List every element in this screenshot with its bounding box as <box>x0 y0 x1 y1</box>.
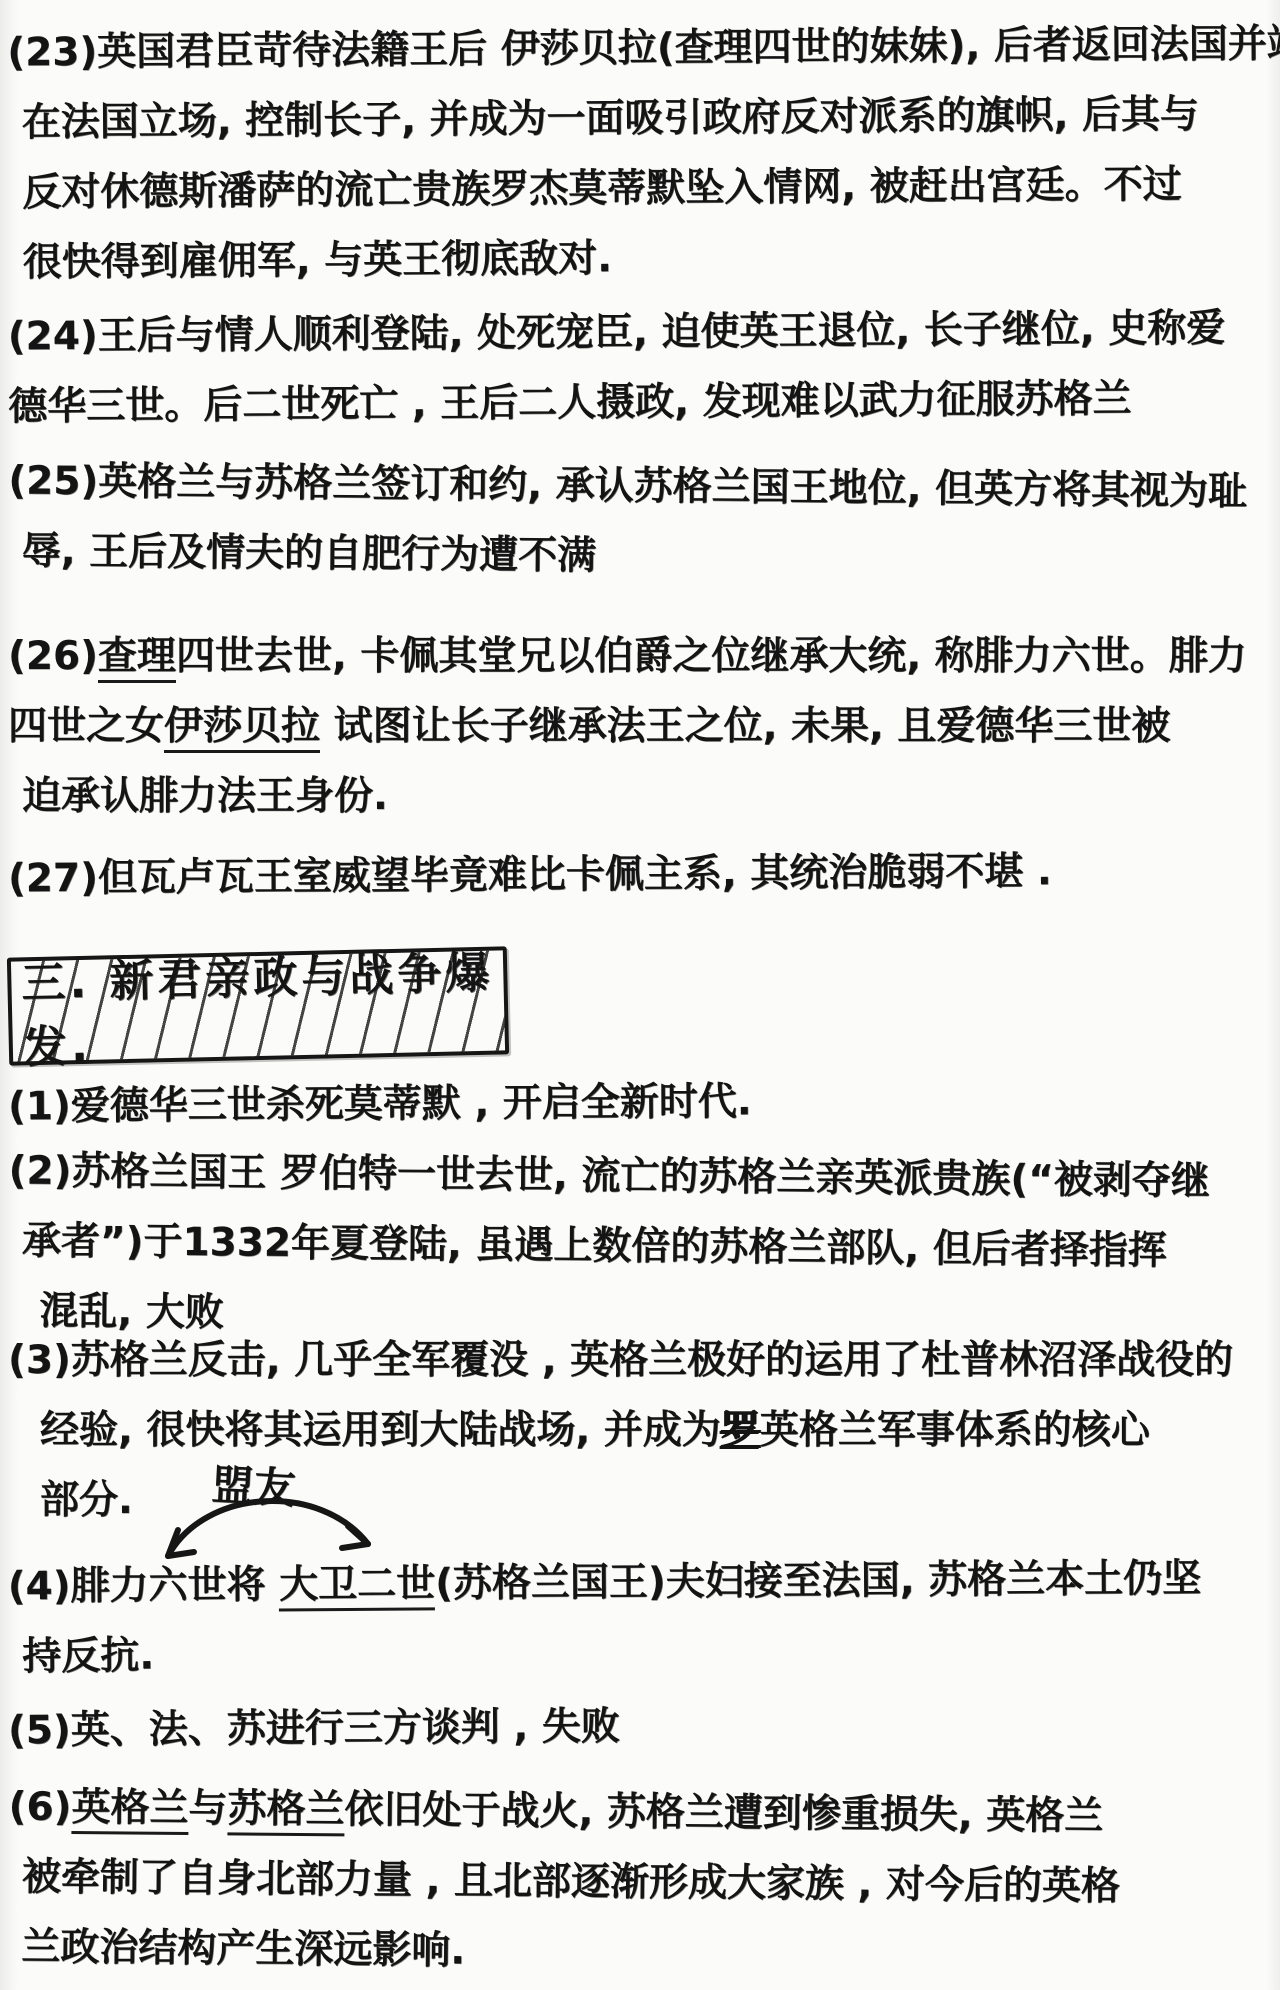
note-line: (23)英国君臣苛待法籍王后 伊莎贝拉(查理四世的妹妹), 后者返回法国并站 <box>0 10 1279 89</box>
note-item-4: (4)腓力六世将 大卫二世(苏格兰国王)夫妇接至法国, 苏格兰本土仍坚 持反抗. <box>0 1544 1280 1693</box>
note-line: (1)爱德华三世杀死莫蒂默 , 开启全新时代. <box>0 1064 1280 1143</box>
note-text: 英格兰军事体系的核心 <box>760 1408 1150 1453</box>
underlined-name-charles-iv: 查理 <box>98 634 176 683</box>
note-line: 在法国立场, 控制长子, 并成为一面吸引政府反对派系的旗帜, 后其与 <box>0 80 1280 159</box>
note-line: 德华三世。后二世死亡 , 王后二人摄政, 发现难以武力征服苏格兰 <box>0 364 1280 443</box>
underlined-name-england: 英格兰 <box>71 1785 188 1835</box>
note-item-2: (2)苏格兰国王 罗伯特一世去世, 流亡的苏格兰亲英派贵族(“被剥夺继 承者”)… <box>0 1136 1280 1357</box>
note-text: (6) <box>8 1784 71 1830</box>
note-line: (6)英格兰与苏格兰依旧处于战火, 苏格兰遭到惨重损失, 英格兰 <box>0 1772 1280 1853</box>
underlined-name-isabella: 伊莎贝拉 <box>164 704 320 753</box>
underlined-name-scotland: 苏格兰 <box>227 1786 344 1836</box>
note-item-5: (5)英、法、苏进行三方谈判 , 失败 <box>0 1688 1280 1767</box>
section-header-box: 三. 新君亲政与战争爆发. <box>7 946 509 1065</box>
note-line: 反对休德斯潘萨的流亡贵族罗杰莫蒂默坠入情网, 被赶出宫廷。不过 <box>0 150 1280 229</box>
underlined-name-david-ii: 大卫二世 <box>279 1561 435 1611</box>
note-line: (4)腓力六世将 大卫二世(苏格兰国王)夫妇接至法国, 苏格兰本土仍坚 <box>0 1544 1280 1623</box>
note-text: (26) <box>8 634 98 679</box>
note-text: 试图让长子继承法王之位, 未果, 且爱德华三世被 <box>320 704 1170 749</box>
note-text: 四世之女 <box>8 704 164 749</box>
note-line: (5)英、法、苏进行三方谈判 , 失败 <box>0 1688 1280 1767</box>
note-line: 很快得到雇佣军, 与英王彻底敌对. <box>1 220 1280 299</box>
note-item-25: (25)英格兰与苏格兰签订和约, 承认苏格兰国王地位, 但英方将其视为耻 辱, … <box>0 446 1280 597</box>
note-line: 承者”)于1332年夏登陆, 虽遇上数倍的苏格兰部队, 但后者择指挥 <box>0 1206 1280 1287</box>
note-line: 四世之女伊莎贝拉 试图让长子继承法王之位, 未果, 且爱德华三世被 <box>0 692 1280 762</box>
note-line: 被牵制了自身北部力量 , 且北部逐渐形成大家族 , 对今后的英格 <box>0 1842 1280 1923</box>
note-text: 依旧处于战火, 苏格兰遭到惨重损失, 英格兰 <box>344 1787 1103 1839</box>
note-text: 四世去世, 卡佩其堂兄以伯爵之位继承大统, 称腓力六世。腓力 <box>176 634 1247 679</box>
note-line: 辱, 王后及情夫的自肥行为遭不满 <box>0 516 1280 597</box>
note-line: (3)苏格兰反击, 几乎全军覆没 , 英格兰极好的运用了杜普林沼泽战役的 <box>0 1326 1280 1396</box>
note-text: (苏格兰国王)夫妇接至法国, 苏格兰本土仍坚 <box>435 1556 1201 1606</box>
note-text: (4)腓力六世将 <box>8 1563 280 1610</box>
note-item-24: (24)王后与情人顺利登陆, 处死宠臣, 迫使英王退位, 长子继位, 史称爱 德… <box>0 294 1280 443</box>
note-line: (25)英格兰与苏格兰签订和约, 承认苏格兰国王地位, 但英方将其视为耻 <box>0 446 1280 527</box>
note-line: (27)但瓦卢瓦王室威望毕竟难比卡佩主系, 其统治脆弱不堪 . <box>0 836 1280 915</box>
note-line: 经验, 很快将其运用到大陆战场, 并成为罗英格兰军事体系的核心 <box>0 1396 1280 1466</box>
note-item-23: (23)英国君臣苛待法籍王后 伊莎贝拉(查理四世的妹妹), 后者返回法国并站 在… <box>0 10 1280 299</box>
note-text: 与 <box>188 1786 227 1831</box>
note-line: (24)王后与情人顺利登陆, 处死宠臣, 迫使英王退位, 长子继位, 史称爱 <box>0 294 1280 373</box>
note-item-1: (1)爱德华三世杀死莫蒂默 , 开启全新时代. <box>0 1064 1280 1143</box>
note-line: (2)苏格兰国王 罗伯特一世去世, 流亡的苏格兰亲英派贵族(“被剥夺继 <box>0 1136 1280 1217</box>
note-item-27: (27)但瓦卢瓦王室威望毕竟难比卡佩主系, 其统治脆弱不堪 . <box>0 836 1280 915</box>
section-header-title: 三. 新君亲政与战争爆发. <box>11 936 506 1075</box>
crossed-out-character: 罗 <box>721 1408 760 1453</box>
note-line: 持反抗. <box>0 1614 1280 1693</box>
notebook-page: (23)英国君臣苛待法籍王后 伊莎贝拉(查理四世的妹妹), 后者返回法国并站 在… <box>0 0 1280 1990</box>
note-item-6: (6)英格兰与苏格兰依旧处于战火, 苏格兰遭到惨重损失, 英格兰 被牵制了自身北… <box>0 1772 1280 1990</box>
note-line: 迫承认腓力法王身份. <box>0 762 1280 832</box>
note-item-26: (26)查理四世去世, 卡佩其堂兄以伯爵之位继承大统, 称腓力六世。腓力 四世之… <box>0 622 1280 832</box>
note-text: 经验, 很快将其运用到大陆战场, 并成为 <box>40 1408 721 1453</box>
note-line: 兰政治结构产生深远影响. <box>0 1912 1280 1990</box>
note-line: (26)查理四世去世, 卡佩其堂兄以伯爵之位继承大统, 称腓力六世。腓力 <box>0 622 1280 692</box>
